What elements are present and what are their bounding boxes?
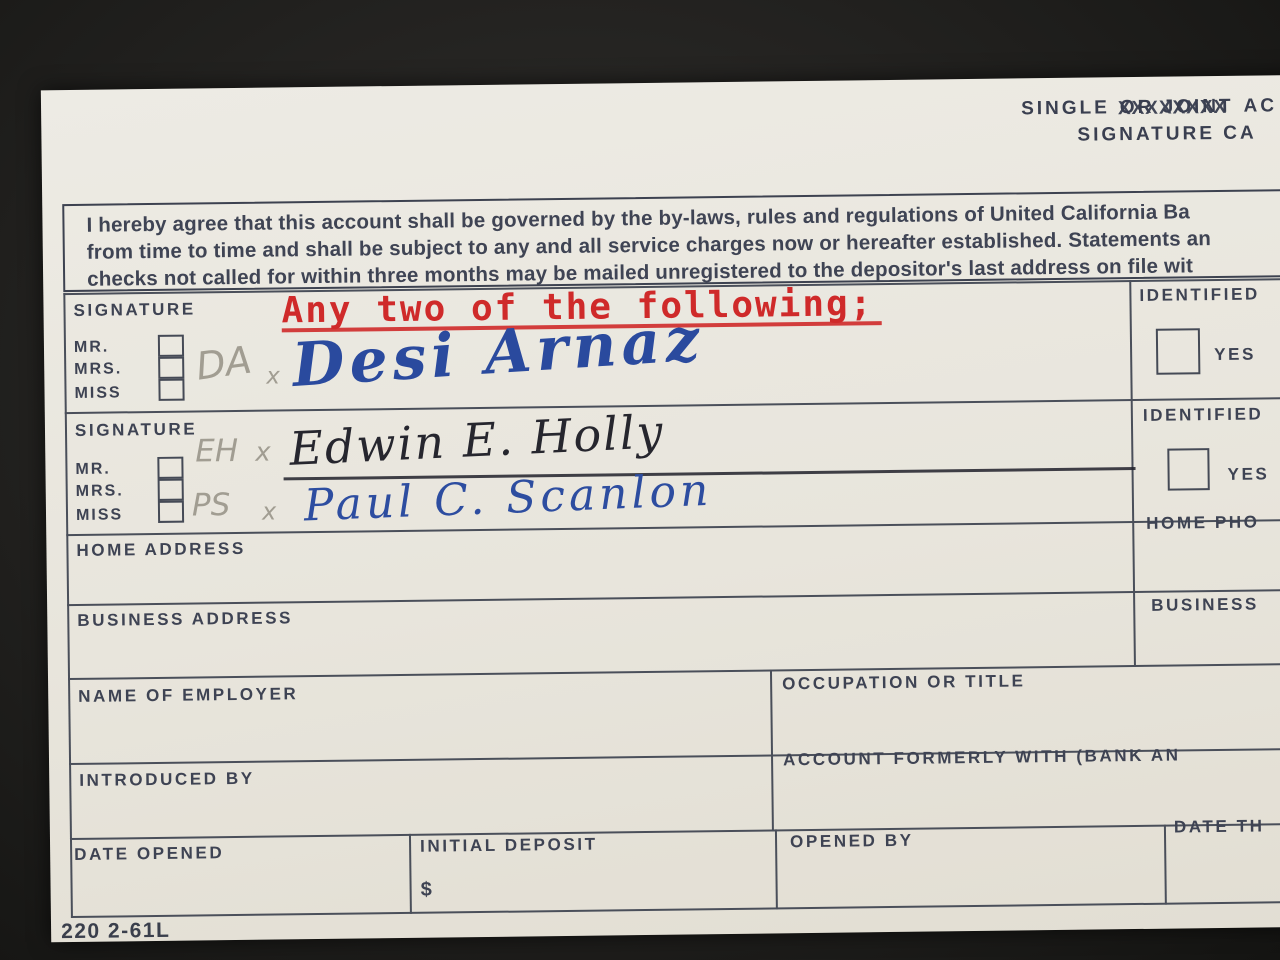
- agreement-box: I hereby agree that this account shall b…: [62, 188, 1280, 292]
- heading-crossed-word: OR JOINTXXXXXXXX: [1120, 96, 1234, 119]
- pencil-initials-eh: EH: [195, 436, 238, 468]
- title-miss-1: MISS: [74, 385, 121, 402]
- signature-label-2: SIGNATURE: [75, 420, 197, 438]
- pencil-x-mark-2: x: [255, 440, 271, 466]
- signature-edwin-e-holly: Edwin E. Holly: [288, 408, 665, 472]
- grid-line: [65, 397, 1280, 415]
- grid-line: [409, 834, 412, 914]
- grid-line: [1129, 280, 1136, 667]
- business-phone-label: BUSINESS: [1151, 596, 1259, 614]
- grid-line: [71, 900, 1280, 918]
- grid-line: [70, 823, 1280, 841]
- grid-line: [770, 669, 774, 831]
- title-miss-2: MISS: [76, 507, 123, 524]
- checkbox-mrs-1: [158, 357, 184, 379]
- identified-yes-checkbox-2: [1167, 448, 1210, 491]
- title-mrs-1: MRS.: [74, 361, 122, 378]
- heading-signature-card-line: SIGNATURE CA: [1077, 122, 1256, 146]
- overtype-x-marks: XXXXXXXX: [1118, 97, 1228, 120]
- title-mrs-2: MRS.: [76, 483, 124, 500]
- checkbox-mr-2: [157, 457, 183, 479]
- grid-line: [66, 519, 1280, 537]
- photo-background: SINGLEOR JOINTXXXXXXXXAC SIGNATURE CA I …: [0, 0, 1280, 960]
- grid-line: [1164, 825, 1167, 905]
- grid-line: [67, 589, 1280, 607]
- signature-card: SINGLEOR JOINTXXXXXXXXAC SIGNATURE CA I …: [41, 75, 1280, 943]
- name-of-employer-label: NAME OF EMPLOYER: [78, 685, 298, 705]
- title-mr-1: MR.: [74, 340, 110, 356]
- checkbox-miss-1: [158, 379, 184, 401]
- account-type-heading: SINGLEOR JOINTXXXXXXXXAC: [1021, 95, 1277, 120]
- pencil-initials-da: DA: [194, 341, 254, 386]
- date-opened-label: DATE OPENED: [74, 844, 224, 863]
- home-address-label: HOME ADDRESS: [76, 540, 246, 559]
- identified-label-2: IDENTIFIED: [1143, 405, 1264, 423]
- form-number: 220 2-61L: [61, 919, 171, 944]
- checkbox-miss-2: [158, 501, 184, 523]
- identified-label-1: IDENTIFIED: [1139, 285, 1260, 303]
- occupation-or-title-label: OCCUPATION OR TITLE: [782, 672, 1026, 692]
- yes-label-2: YES: [1228, 465, 1270, 483]
- grid-line: [775, 829, 778, 909]
- opened-by-label: OPENED BY: [790, 832, 914, 851]
- identified-yes-checkbox-1: [1156, 328, 1201, 375]
- business-address-label: BUSINESS ADDRESS: [77, 609, 293, 629]
- pencil-x-mark-3: x: [262, 500, 276, 524]
- heading-single: SINGLE: [1021, 97, 1110, 119]
- date-this-label: DATE TH: [1174, 817, 1265, 835]
- pencil-x-mark-1: x: [266, 365, 280, 388]
- pencil-initials-ps: PS: [192, 490, 231, 521]
- initial-deposit-label: INITIAL DEPOSIT: [420, 836, 598, 855]
- checkbox-mr-1: [158, 335, 184, 357]
- grid-line: [68, 663, 1280, 681]
- account-formerly-with-label: ACCOUNT FORMERLY WITH (BANK AN: [783, 746, 1181, 768]
- dollar-sign: $: [421, 880, 435, 900]
- introduced-by-label: INTRODUCED BY: [79, 770, 255, 789]
- signature-label-1: SIGNATURE: [73, 300, 195, 318]
- home-phone-label: HOME PHO: [1146, 513, 1260, 531]
- yes-label-1: YES: [1214, 346, 1256, 364]
- title-mr-2: MR.: [75, 462, 111, 478]
- signature-paul-c-scanlon: Paul C. Scanlon: [303, 469, 713, 529]
- checkbox-mrs-2: [158, 479, 184, 501]
- heading-account-fragment: AC: [1243, 95, 1277, 116]
